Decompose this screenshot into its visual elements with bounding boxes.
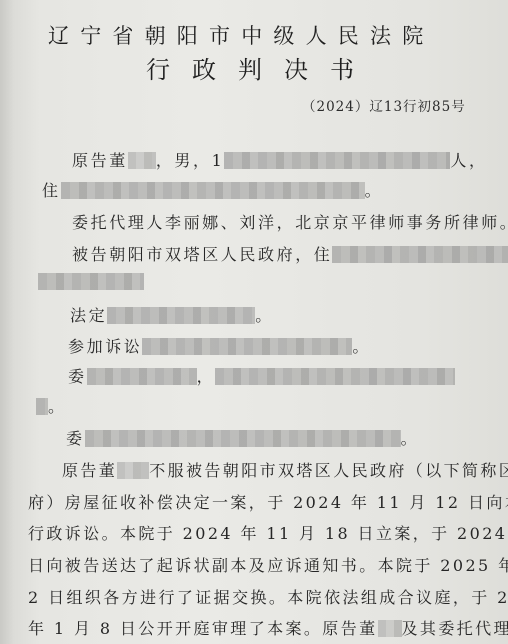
line-end: 。	[255, 306, 274, 325]
line-end: 。	[401, 429, 420, 448]
defendant-agent-line-2: 。	[36, 394, 67, 417]
defendant-agent-line-1: 委，	[68, 364, 455, 387]
plaintiff-line-1: 原告董，男，1人，	[72, 148, 488, 171]
body-line-3: 行政诉讼。本院于 2024 年 11 月 18 日立案，于 2024 年 11 …	[28, 521, 508, 544]
redacted-address	[38, 273, 144, 290]
case-number: （2024）辽13行初85号	[302, 95, 466, 115]
text: 不服被告朝阳市双塔区人民政府（以下简称区政	[149, 461, 508, 480]
agent-label: 委	[68, 367, 87, 386]
plaintiff-label: 原告董	[72, 151, 128, 170]
line-end: 。	[352, 337, 371, 356]
redacted-participant	[142, 338, 352, 355]
plaintiff-line1-end: 人，	[450, 151, 487, 170]
body-line-6: 年 1 月 8 日公开开庭审理了本案。原告董及其委托代理人李	[28, 616, 508, 639]
court-name: 辽宁省朝阳市中级人民法院	[48, 20, 468, 50]
legal-rep-label: 法定	[70, 306, 107, 325]
comma: ，	[197, 367, 216, 386]
judgment-page: 辽宁省朝阳市中级人民法院 行政判决书 （2024）辽13行初85号 原告董，男，…	[0, 0, 508, 644]
plaintiff-line-2: 住。	[42, 178, 383, 201]
body-line-1: 原告董不服被告朝阳市双塔区人民政府（以下简称区政	[62, 458, 508, 481]
body-line-2: 府）房屋征收补偿决定一案，于 2024 年 11 月 12 日向本院提起	[28, 490, 508, 513]
text: 原告董	[62, 461, 117, 480]
redacted-fragment	[36, 398, 48, 415]
body-line-4: 日向被告送达了起诉状副本及应诉通知书。本院于 2025 年 1 月	[28, 553, 508, 576]
agent-label: 委	[66, 429, 85, 448]
plaintiff-agent: 委托代理人李丽娜、刘洋，北京京平律师事务所律师。	[72, 210, 508, 233]
redacted-address	[332, 246, 508, 263]
redacted-legal-rep	[107, 307, 255, 324]
line-end: 。	[48, 397, 67, 416]
defendant-label: 被告朝阳市双塔区人民政府，住	[72, 245, 332, 264]
defendant-line-1: 被告朝阳市双塔区人民政府，住	[72, 242, 508, 265]
participant-label: 参加诉讼	[68, 337, 142, 356]
redacted-agent	[87, 368, 197, 385]
plaintiff-birth: 1	[212, 151, 225, 170]
text: 及其委托代理人李	[402, 619, 508, 638]
redacted-name	[128, 152, 156, 169]
plaintiff-gender: ，男，	[156, 151, 212, 170]
redacted-name	[117, 462, 149, 479]
document-title: 行政判决书	[146, 50, 376, 85]
redacted-agent-info	[215, 368, 455, 385]
address-label: 住	[42, 181, 61, 200]
redacted-agent-info	[85, 430, 401, 447]
third-party-agent: 委。	[66, 426, 419, 449]
redacted-personal-info	[224, 152, 450, 169]
body-line-5: 2 日组织各方进行了证据交换。本院依法组成合议庭，于 2025	[28, 585, 508, 608]
redacted-address	[61, 182, 365, 199]
line-end: 。	[365, 181, 384, 200]
text: 年 1 月 8 日公开开庭审理了本案。原告董	[28, 619, 378, 638]
defendant-line-2	[38, 272, 144, 291]
legal-representative: 法定。	[70, 303, 274, 326]
litigation-participant: 参加诉讼。	[68, 334, 371, 357]
redacted-name	[378, 620, 402, 637]
